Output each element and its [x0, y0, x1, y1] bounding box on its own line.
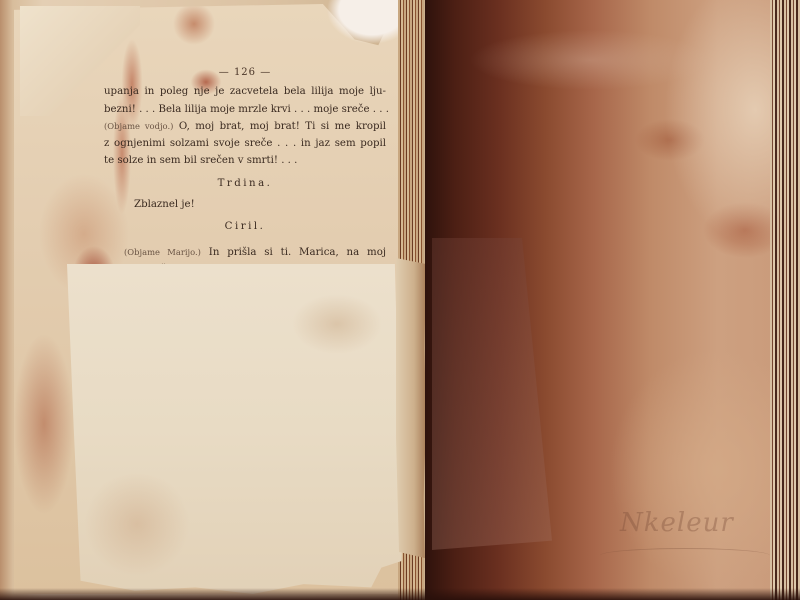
speaker-name: Ciril.	[104, 218, 386, 235]
text-fragment: O, moj brat, moj brat! Ti si me kropil	[179, 121, 386, 132]
stage-direction: (Objame Marijo.)	[124, 247, 201, 257]
text-line: bezni! . . . Bela lilija moje mrzle krvi…	[104, 101, 386, 118]
pasted-blank-paper	[67, 264, 405, 594]
text-line: upanja in poleg nje je zacvetela bela li…	[104, 83, 386, 100]
text-line: z ognjenimi solzami svoje sreče . . . in…	[104, 135, 386, 152]
text-line: (Objame Marijo.) In prišla si ti. Marica…	[104, 244, 386, 261]
right-page-edges	[770, 0, 800, 600]
bottom-shadow	[0, 588, 800, 600]
stage-direction: (Objame vodjo.)	[104, 121, 173, 131]
handwritten-signature: Nkeleur	[620, 508, 734, 538]
torn-corner-highlight	[312, 0, 402, 55]
text-line: te solze in sem bil srečen v smrti! . . …	[104, 152, 386, 169]
page-haze	[440, 20, 740, 100]
page-number: — 126 —	[104, 64, 386, 81]
text-line: (Objame vodjo.) O, moj brat, moj brat! T…	[104, 118, 386, 135]
torn-paper-strip	[396, 258, 426, 558]
text-fragment: In prišla si ti. Marica, na moj	[209, 247, 386, 258]
book-spread: — 126 — upanja in poleg nje je zacvetela…	[0, 0, 800, 600]
dialogue-line: Zblaznel je!	[104, 196, 386, 213]
signature-flourish	[600, 548, 770, 563]
speaker-name: Trdina.	[104, 175, 386, 192]
